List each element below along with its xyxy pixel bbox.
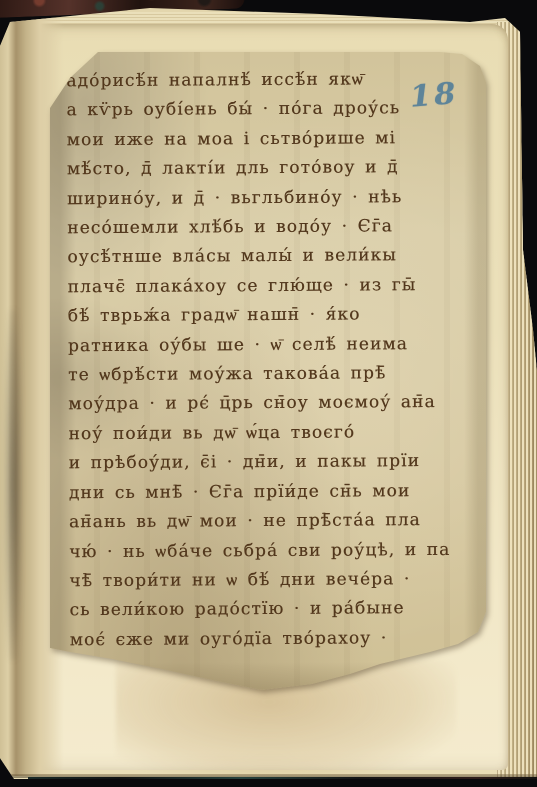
gutter-smudge [5, 310, 21, 660]
text-line-7: оусѣ́тнше вла́сы малы́ и вели́кы [67, 241, 473, 273]
text-line-19: сь вели́кою радо́стїю · и ра́быне [69, 594, 475, 626]
leaf-paper: 18 адо́рисѣ́н напалнѣ́ иссѣ́н якѡ̄ а кѵ̈… [50, 52, 486, 702]
manuscript-leaf: 18 адо́рисѣ́н напалнѣ́ иссѣ́н якѡ̄ а кѵ̈… [50, 52, 486, 702]
text-line-18: чѣ̄ твори́ти ни ѡ бѣ́ дни вече́ра · [69, 565, 475, 597]
text-line-20: моє́ єже ми оуго́дїа тво́рахоу · [70, 623, 476, 655]
text-line-16: ан̄ань вь дѡ̄ мои · не прѣ̄ста́а пла [69, 506, 475, 538]
text-line-17: чю́ · нь ѡба́че сьбра́ сви роу́цѣ, и па [69, 535, 475, 567]
text-line-11: те ѡбрѣ́сти моу́жа такова́а прѣ̄ [68, 359, 474, 391]
text-line-9: бѣ́ тврьж́а градѡ̄ нашн̄ · я́ко [68, 300, 474, 332]
text-line-3: мои иже на моа і сьтво́рише мі [67, 124, 473, 156]
text-line-10: ратника оу́бы ше · ѡ̄ селѣ́ неима [68, 329, 474, 361]
text-line-15: дни сь мнѣ̄ · Єг̄а прїи́де сн̄ь мои [69, 476, 475, 508]
text-line-13: ноу́ пои́ди вь дѡ̄ ѡ́ца твоєго́ [68, 418, 474, 450]
text-line-5: ширино́у, и д̄ · вьгльбино́у · нѣь [67, 182, 473, 214]
open-book-pages: 18 адо́рисѣ́н напалнѣ́ иссѣ́н якѡ̄ а кѵ̈… [0, 0, 537, 787]
book-cover-bottom-edge [28, 777, 537, 787]
manuscript-text-block: адо́рисѣ́н напалнѣ́ иссѣ́н якѡ̄ а кѵ̈рь … [66, 65, 476, 656]
text-line-4: мѣ́сто, д̄ лакті́и дль гото́воу и д̄ [67, 153, 473, 185]
text-line-1: адо́рисѣ́н напалнѣ́ иссѣ́н якѡ̄ [66, 65, 472, 97]
text-line-6: несо́шемли хлѣ́бь и водо́у · Єг̄а [67, 212, 473, 244]
text-line-14: и прѣбоу́ди, є̄і · дн̄и, и пакы прїи [69, 447, 475, 479]
text-line-2: а кѵ̈рь оубі́ень бы́ · по́га дроу́сь [66, 94, 472, 126]
text-line-8: плачє̄ плака́хоу се глю́ще · из гы̄ [67, 271, 473, 303]
text-line-12: моу́дра · и рє́ ц̄рь сн̄оу моємоу́ ан̄а [68, 388, 474, 420]
manuscript-photo: 18 адо́рисѣ́н напалнѣ́ иссѣ́н якѡ̄ а кѵ̈… [0, 0, 537, 787]
